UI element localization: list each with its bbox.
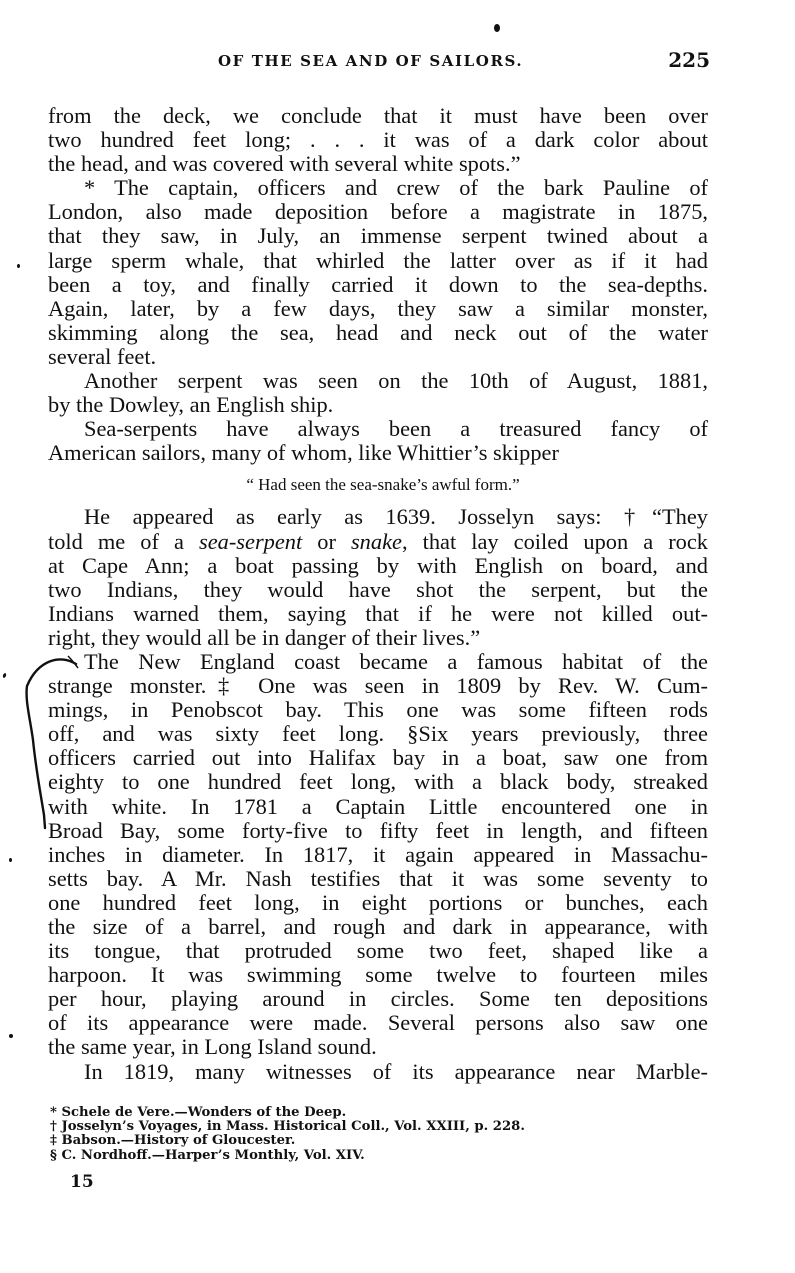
text-line: London, also made deposition before a ma… xyxy=(48,200,708,224)
text-line: Another serpent was seen on the 10th of … xyxy=(48,369,708,393)
signature-mark: 15 xyxy=(70,1172,94,1192)
text-line: eighty to one hundred feet long, with a … xyxy=(48,770,708,794)
text-line: that they saw, in July, an immense serpe… xyxy=(48,224,708,248)
text-line: Again, later, by a few days, they saw a … xyxy=(48,297,708,321)
text-line: been a toy, and finally carried it down … xyxy=(48,273,708,297)
text-line: * The captain, officers and crew of the … xyxy=(48,176,708,200)
text-line: skimming along the sea, head and neck ou… xyxy=(48,321,708,345)
text-line: The New England coast became a famous ha… xyxy=(48,650,708,674)
text-line: right, they would all be in danger of th… xyxy=(48,626,708,650)
text-line: Broad Bay, some forty-five to fifty feet… xyxy=(48,819,708,843)
text-line: Indians warned them, saying that if he w… xyxy=(48,602,708,626)
text-line: per hour, playing around in circles. Som… xyxy=(48,987,708,1011)
text-line: one hundred feet long, in eight portions… xyxy=(48,891,708,915)
text-line: setts bay. A Mr. Nash testifies that it … xyxy=(48,867,708,891)
text-line: from the deck, we conclude that it must … xyxy=(48,104,708,128)
text-line: two Indians, they would have shot the se… xyxy=(48,578,708,602)
running-title: OF THE SEA AND OF SAILORS. xyxy=(218,52,523,70)
text-line: by the Dowley, an English ship. xyxy=(48,393,708,417)
text-line: the same year, in Long Island sound. xyxy=(48,1035,708,1059)
footnote: ‡ Babson.—History of Gloucester. xyxy=(50,1134,650,1148)
text-run: , that lay coiled upon a rock xyxy=(402,529,708,554)
text-line: Sea-serpents have always been a treasure… xyxy=(48,417,708,441)
text-line: off, and was sixty feet long. §Six years… xyxy=(48,722,708,746)
text-line: two hundred feet long; . . . it was of a… xyxy=(48,128,708,152)
page-header: OF THE SEA AND OF SAILORS. 225 xyxy=(218,50,710,74)
text-line: of its appearance were made. Several per… xyxy=(48,1011,708,1035)
text-line: strange monster.‡ One was seen in 1809 b… xyxy=(48,674,708,698)
text-line: officers carried out into Halifax bay in… xyxy=(48,746,708,770)
footnotes: * Schele de Vere.—Wonders of the Deep. †… xyxy=(50,1106,650,1163)
text-line: the head, and was covered with several w… xyxy=(48,152,708,176)
text-line: inches in diameter. In 1817, it again ap… xyxy=(48,843,708,867)
text-line: with white. In 1781 a Captain Little enc… xyxy=(48,795,708,819)
ink-speck xyxy=(9,1034,13,1038)
text-line: at Cape Ann; a boat passing by with Engl… xyxy=(48,554,708,578)
footnote: § C. Nordhoff.—Harper’s Monthly, Vol. XI… xyxy=(50,1149,650,1163)
ink-speck xyxy=(494,24,500,32)
text-line: the size of a barrel, and rough and dark… xyxy=(48,915,708,939)
italic-term: sea-serpent xyxy=(199,529,302,554)
book-page: OF THE SEA AND OF SAILORS. 225 from the … xyxy=(0,0,795,1273)
page-number: 225 xyxy=(668,48,710,72)
text-line: told me of a sea-serpent or snake, that … xyxy=(48,530,708,554)
text-line: its tongue, that protruded some two feet… xyxy=(48,939,708,963)
text-line: large sperm whale, that whirled the latt… xyxy=(48,249,708,273)
text-line: several feet. xyxy=(48,345,708,369)
text-line: In 1819, many witnesses of its appearanc… xyxy=(48,1060,708,1084)
text-line: harpoon. It was swimming some twelve to … xyxy=(48,963,708,987)
italic-term: snake xyxy=(351,529,402,554)
footnote: * Schele de Vere.—Wonders of the Deep. xyxy=(50,1106,650,1120)
text-run: or xyxy=(302,529,351,554)
text-line: American sailors, many of whom, like Whi… xyxy=(48,441,708,465)
ink-speck xyxy=(9,858,12,862)
text-line: mings, in Penobscot bay. This one was so… xyxy=(48,698,708,722)
footnote: † Josselyn’s Voyages, in Mass. Historica… xyxy=(50,1120,650,1134)
text-line: He appeared as early as 1639. Josselyn s… xyxy=(48,505,708,529)
verse-quote: “ Had seen the sea-snake’s awful form.” xyxy=(48,465,708,505)
body-text: from the deck, we conclude that it must … xyxy=(48,104,708,1084)
text-run: told me of a xyxy=(48,529,199,554)
